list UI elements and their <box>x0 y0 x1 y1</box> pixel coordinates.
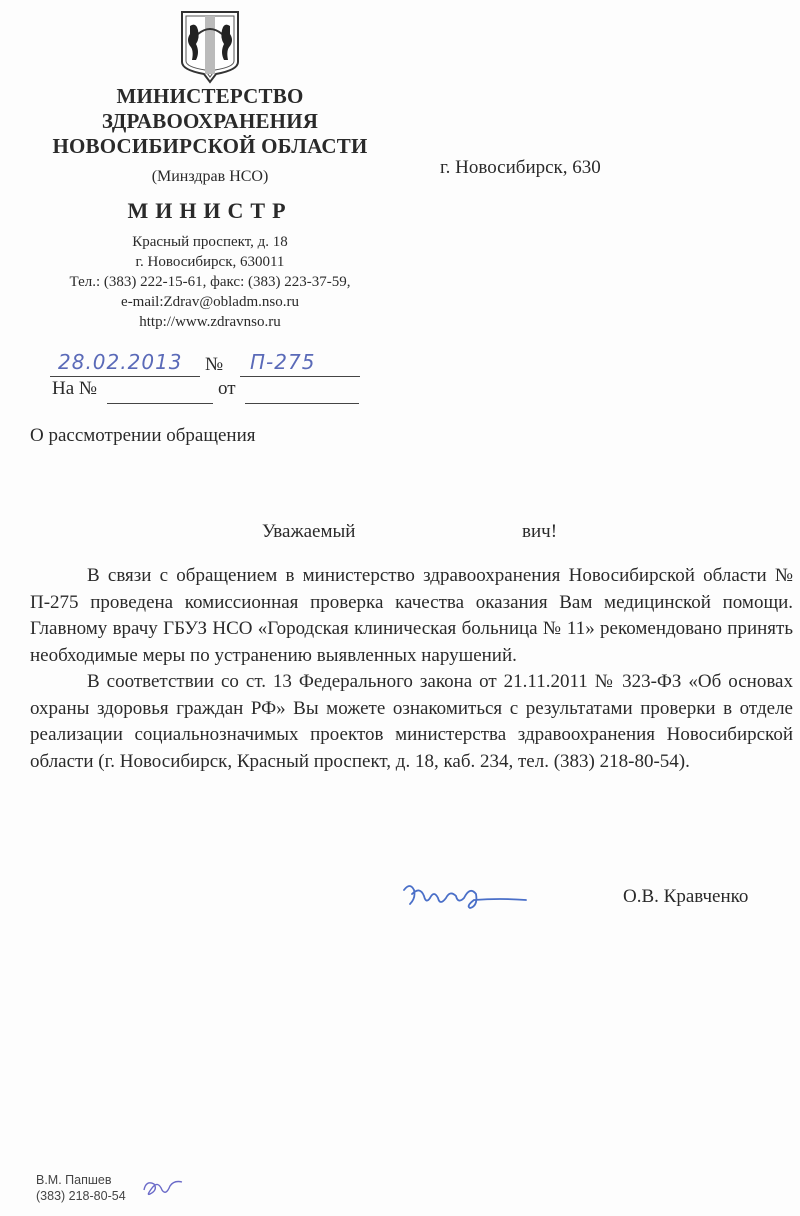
org-name-line: МИНИСТЕРСТВО <box>20 84 400 109</box>
body-paragraph: В соответствии со ст. 13 Федерального за… <box>30 669 793 775</box>
greeting-suffix: вич! <box>522 521 557 543</box>
letter-subject: О рассмотрении обращения <box>30 425 256 447</box>
executor-name: В.М. Папшев <box>36 1172 126 1188</box>
organization-name: МИНИСТЕРСТВО ЗДРАВООХРАНЕНИЯ НОВОСИБИРСК… <box>20 84 400 159</box>
address-line: Красный проспект, д. 18 <box>20 232 400 252</box>
org-name-line: ЗДРАВООХРАНЕНИЯ <box>20 109 400 134</box>
organization-short-name: (Минздрав НСО) <box>20 168 400 186</box>
executor-info: В.М. Папшев (383) 218-80-54 <box>36 1172 126 1204</box>
coat-of-arms-icon <box>170 4 250 84</box>
reference-date-label: от <box>218 378 236 400</box>
outgoing-number: П-275 <box>250 350 315 374</box>
letter-body: В связи с обращением в министерство здра… <box>30 563 793 775</box>
sender-position: МИНИСТР <box>20 198 400 224</box>
address-line: г. Новосибирск, 630011 <box>20 252 400 272</box>
signer-name: О.В. Кравченко <box>623 886 748 908</box>
contact-email: e-mail:Zdrav@obladm.nso.ru <box>20 292 400 312</box>
executor-initials-icon <box>140 1176 186 1200</box>
sender-address: Красный проспект, д. 18 г. Новосибирск, … <box>20 232 400 332</box>
recipient-address: г. Новосибирск, 630 <box>440 157 601 179</box>
reference-date-field <box>245 381 359 404</box>
reference-number-field <box>107 381 213 404</box>
handwritten-signature-icon <box>400 876 530 916</box>
outgoing-date: 28.02.2013 <box>58 350 183 374</box>
executor-phone: (383) 218-80-54 <box>36 1188 126 1204</box>
reference-number-label: На № <box>52 378 97 400</box>
org-name-line: НОВОСИБИРСКОЙ ОБЛАСТИ <box>20 134 400 159</box>
body-paragraph: В связи с обращением в министерство здра… <box>30 563 793 669</box>
greeting-prefix: Уважаемый <box>262 521 355 543</box>
contact-website: http://www.zdravnso.ru <box>20 312 400 332</box>
number-sign: № <box>205 354 223 376</box>
contact-phone-fax: Тел.: (383) 222-15-61, факс: (383) 223-3… <box>20 272 400 292</box>
